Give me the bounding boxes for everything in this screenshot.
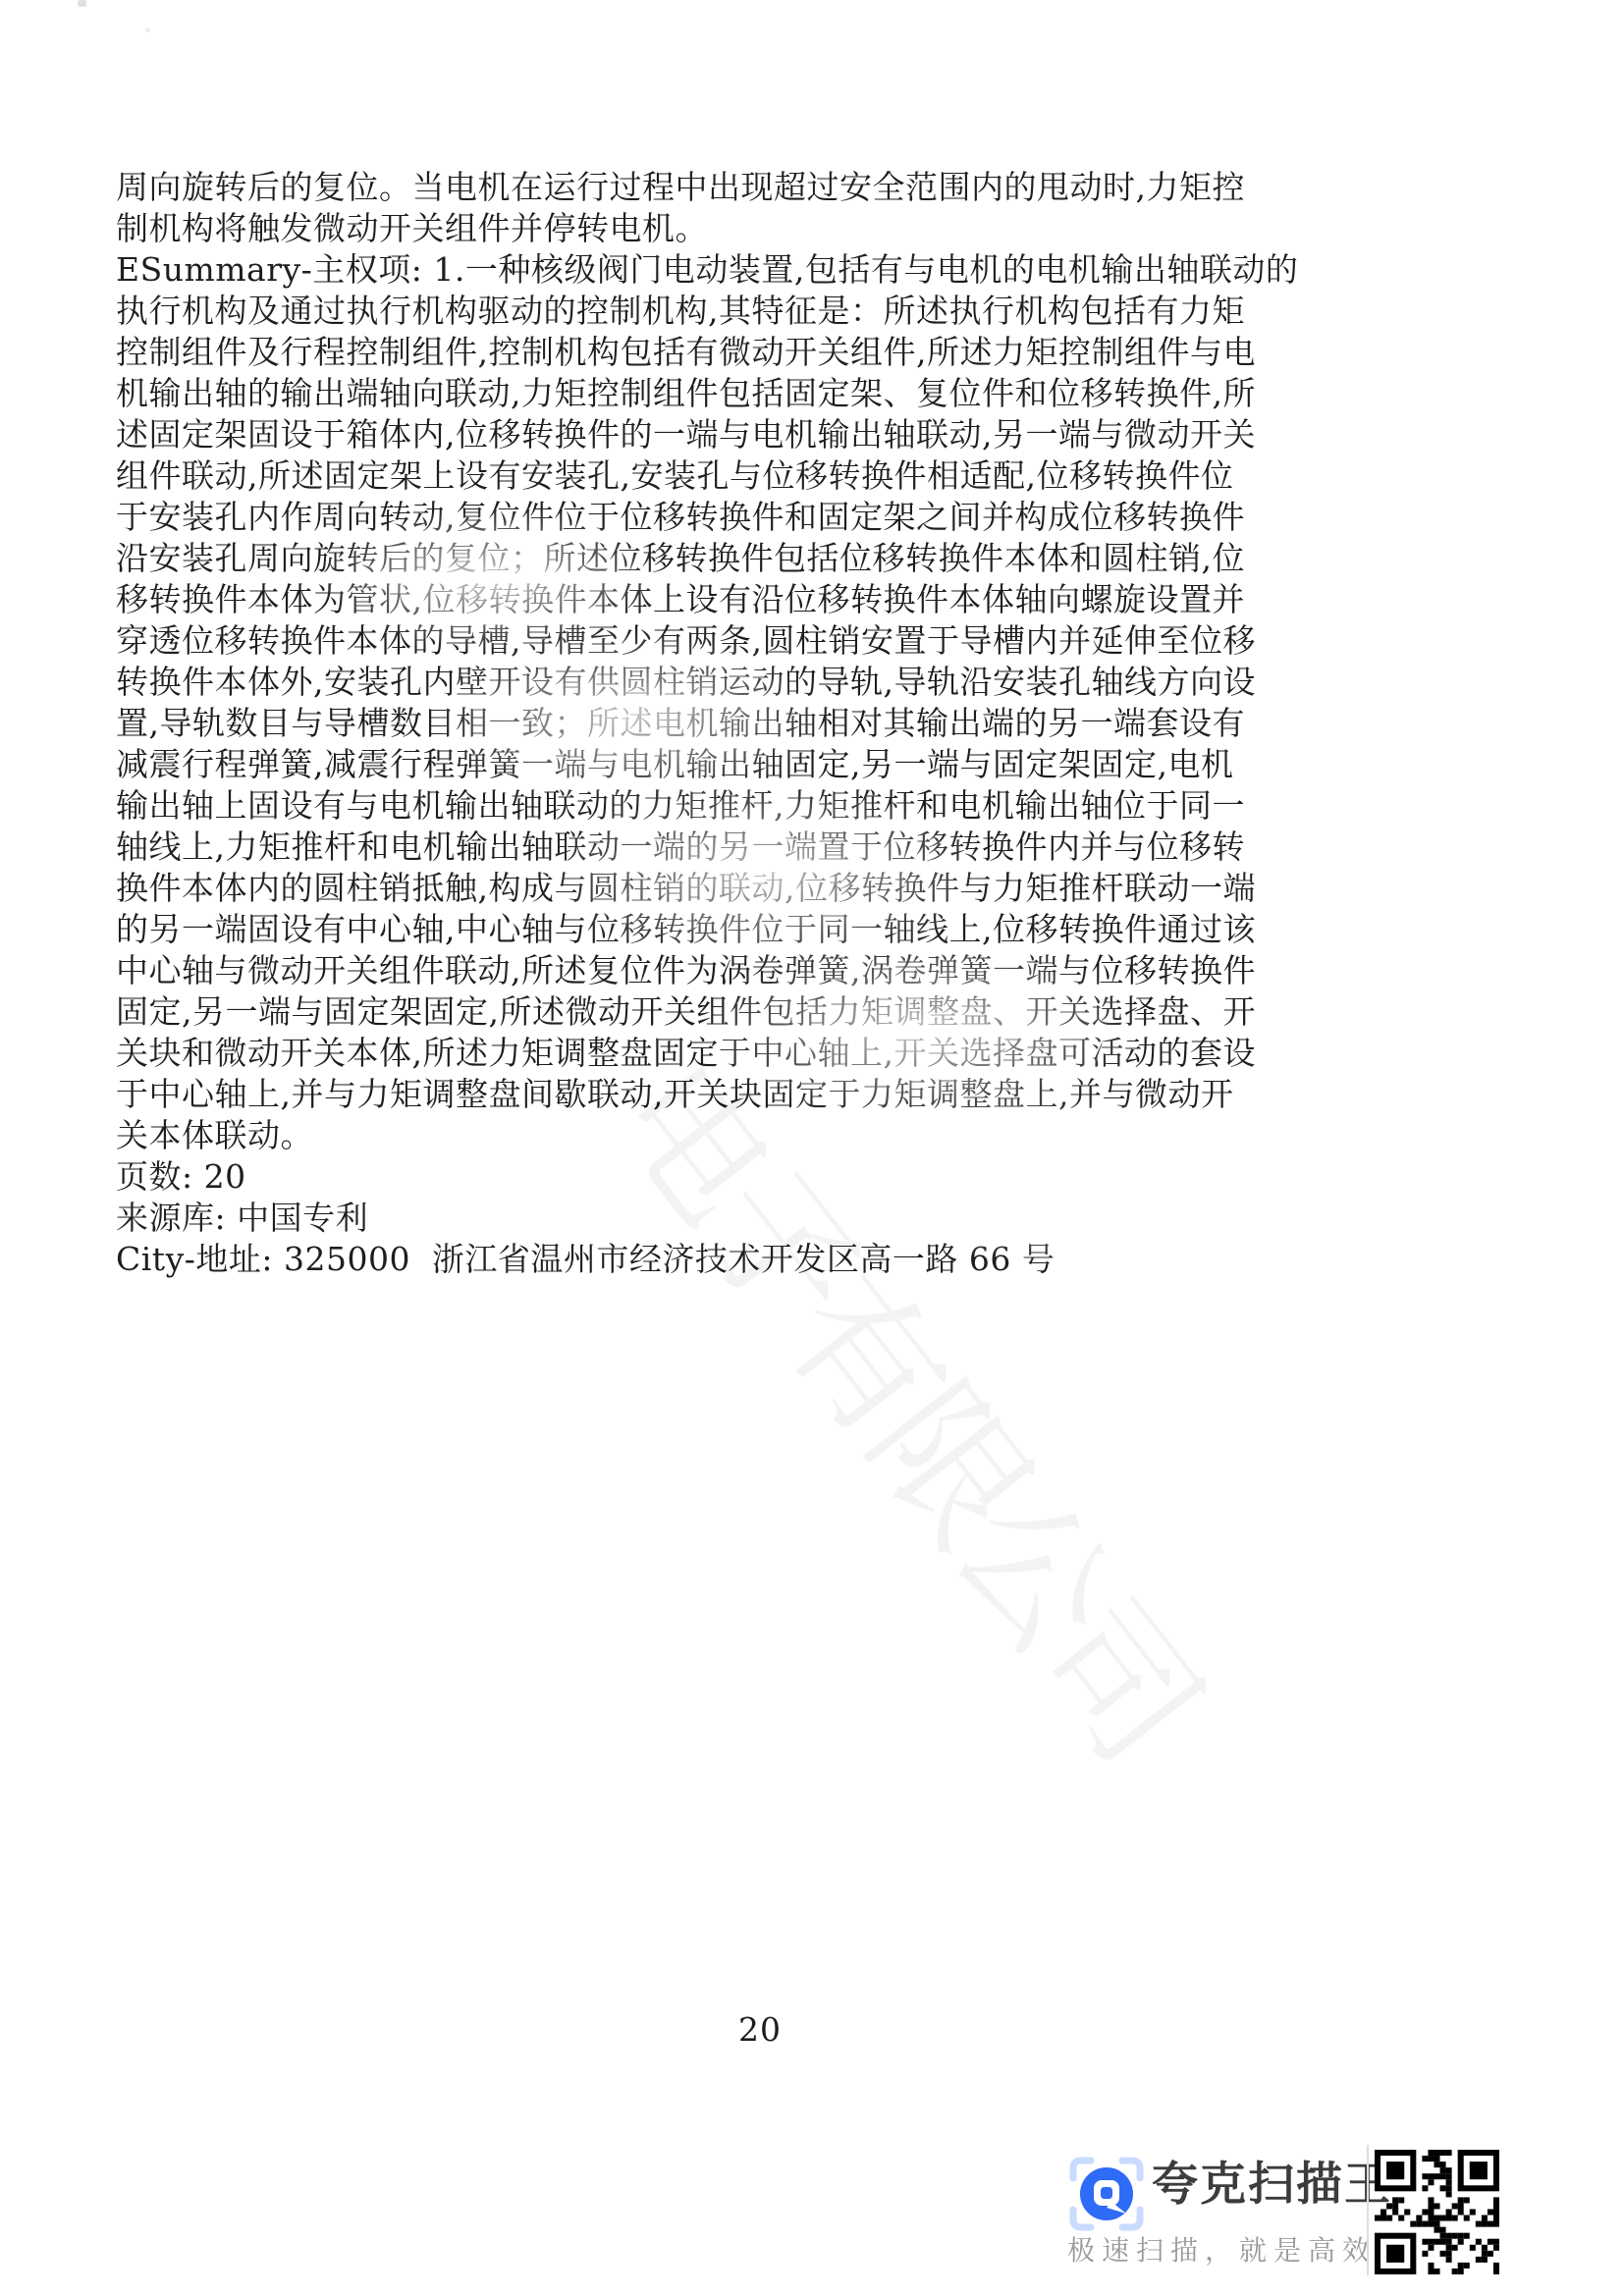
document-text: 周向旋转后的复位。当电机在运行过程中出现超过安全范围内的甩动时,力矩控制机构将触… <box>116 167 1274 1280</box>
text-line: 组件联动,所述固定架上设有安装孔,安装孔与位移转换件相适配,位移转换件位 <box>116 455 1274 497</box>
footer-divider <box>1367 2145 1369 2275</box>
text-line: 中心轴与微动开关组件联动,所述复位件为涡卷弹簧,涡卷弹簧一端与位移转换件 <box>116 950 1274 991</box>
text-line: 控制组件及行程控制组件,控制机构包括有微动开关组件,所述力矩控制组件与电 <box>116 332 1274 373</box>
text-line: 减震行程弹簧,减震行程弹簧一端与电机输出轴固定,另一端与固定架固定,电机 <box>116 744 1274 785</box>
text-line: 沿安装孔周向旋转后的复位；所述位移转换件包括位移转换件本体和圆柱销,位 <box>116 538 1274 579</box>
text-line: ESummary-主权项: 1.一种核级阀门电动装置,包括有与电机的电机输出轴联… <box>116 249 1274 291</box>
text-line: 轴线上,力矩推杆和电机输出轴联动一端的另一端置于位移转换件内并与位移转 <box>116 827 1274 868</box>
text-line: 穿透位移转换件本体的导槽,导槽至少有两条,圆柱销安置于导槽内并延伸至位移 <box>116 620 1274 662</box>
text-line: 置,导轨数目与导槽数目相一致；所述电机输出轴相对其输出端的另一端套设有 <box>116 703 1274 744</box>
text-line: 于安装孔内作周向转动,复位件位于位移转换件和固定架之间并构成位移转换件 <box>116 497 1274 538</box>
brand-name: 夸克扫描王 <box>1152 2159 1392 2210</box>
text-line: 述固定架固设于箱体内,位移转换件的一端与电机输出轴联动,另一端与微动开关 <box>116 414 1274 455</box>
text-line: 转换件本体外,安装孔内壁开设有供圆柱销运动的导轨,导轨沿安装孔轴线方向设 <box>116 662 1274 703</box>
qr-code <box>1375 2150 1499 2274</box>
text-line: 关块和微动开关本体,所述力矩调整盘固定于中心轴上,开关选择盘可活动的套设 <box>116 1033 1274 1074</box>
scan-artifact <box>145 27 150 32</box>
text-line: 机输出轴的输出端轴向联动,力矩控制组件包括固定架、复位件和位移转换件,所 <box>116 373 1274 414</box>
text-line: 页数: 20 <box>116 1156 1274 1198</box>
text-line: 于中心轴上,并与力矩调整盘间歇联动,开关块固定于力矩调整盘上,并与微动开 <box>116 1074 1274 1115</box>
text-line: 的另一端固设有中心轴,中心轴与位移转换件位于同一轴线上,位移转换件通过该 <box>116 909 1274 950</box>
scan-artifact <box>78 0 86 7</box>
page-number: 20 <box>738 2010 782 2049</box>
text-line: 执行机构及通过执行机构驱动的控制机构,其特征是：所述执行机构包括有力矩 <box>116 291 1274 332</box>
text-line: 周向旋转后的复位。当电机在运行过程中出现超过安全范围内的甩动时,力矩控 <box>116 167 1274 208</box>
text-line: 关本体联动。 <box>116 1115 1274 1156</box>
scanner-brand-footer: 夸克扫描王 极速扫描，就是高效 <box>1065 2143 1527 2285</box>
text-line: City-地址: 325000 浙江省温州市经济技术开发区高一路 66 号 <box>116 1239 1274 1280</box>
text-line: 来源库: 中国专利 <box>116 1198 1274 1239</box>
text-line: 移转换件本体为管状,位移转换件本体上设有沿位移转换件本体轴向螺旋设置并 <box>116 579 1274 620</box>
text-line: 固定,另一端与固定架固定,所述微动开关组件包括力矩调整盘、开关选择盘、开 <box>116 991 1274 1033</box>
text-line: 换件本体内的圆柱销抵触,构成与圆柱销的联动,位移转换件与力矩推杆联动一端 <box>116 868 1274 909</box>
scanned-document-page: 电子有限公司 周向旋转后的复位。当电机在运行过程中出现超过安全范围内的甩动时,力… <box>0 0 1624 2296</box>
quark-scan-logo-icon <box>1065 2153 1148 2235</box>
brand-tagline: 极速扫描，就是高效 <box>1067 2229 1377 2269</box>
text-line: 制机构将触发微动开关组件并停转电机。 <box>116 208 1274 249</box>
text-line: 输出轴上固设有与电机输出轴联动的力矩推杆,力矩推杆和电机输出轴位于同一 <box>116 785 1274 827</box>
